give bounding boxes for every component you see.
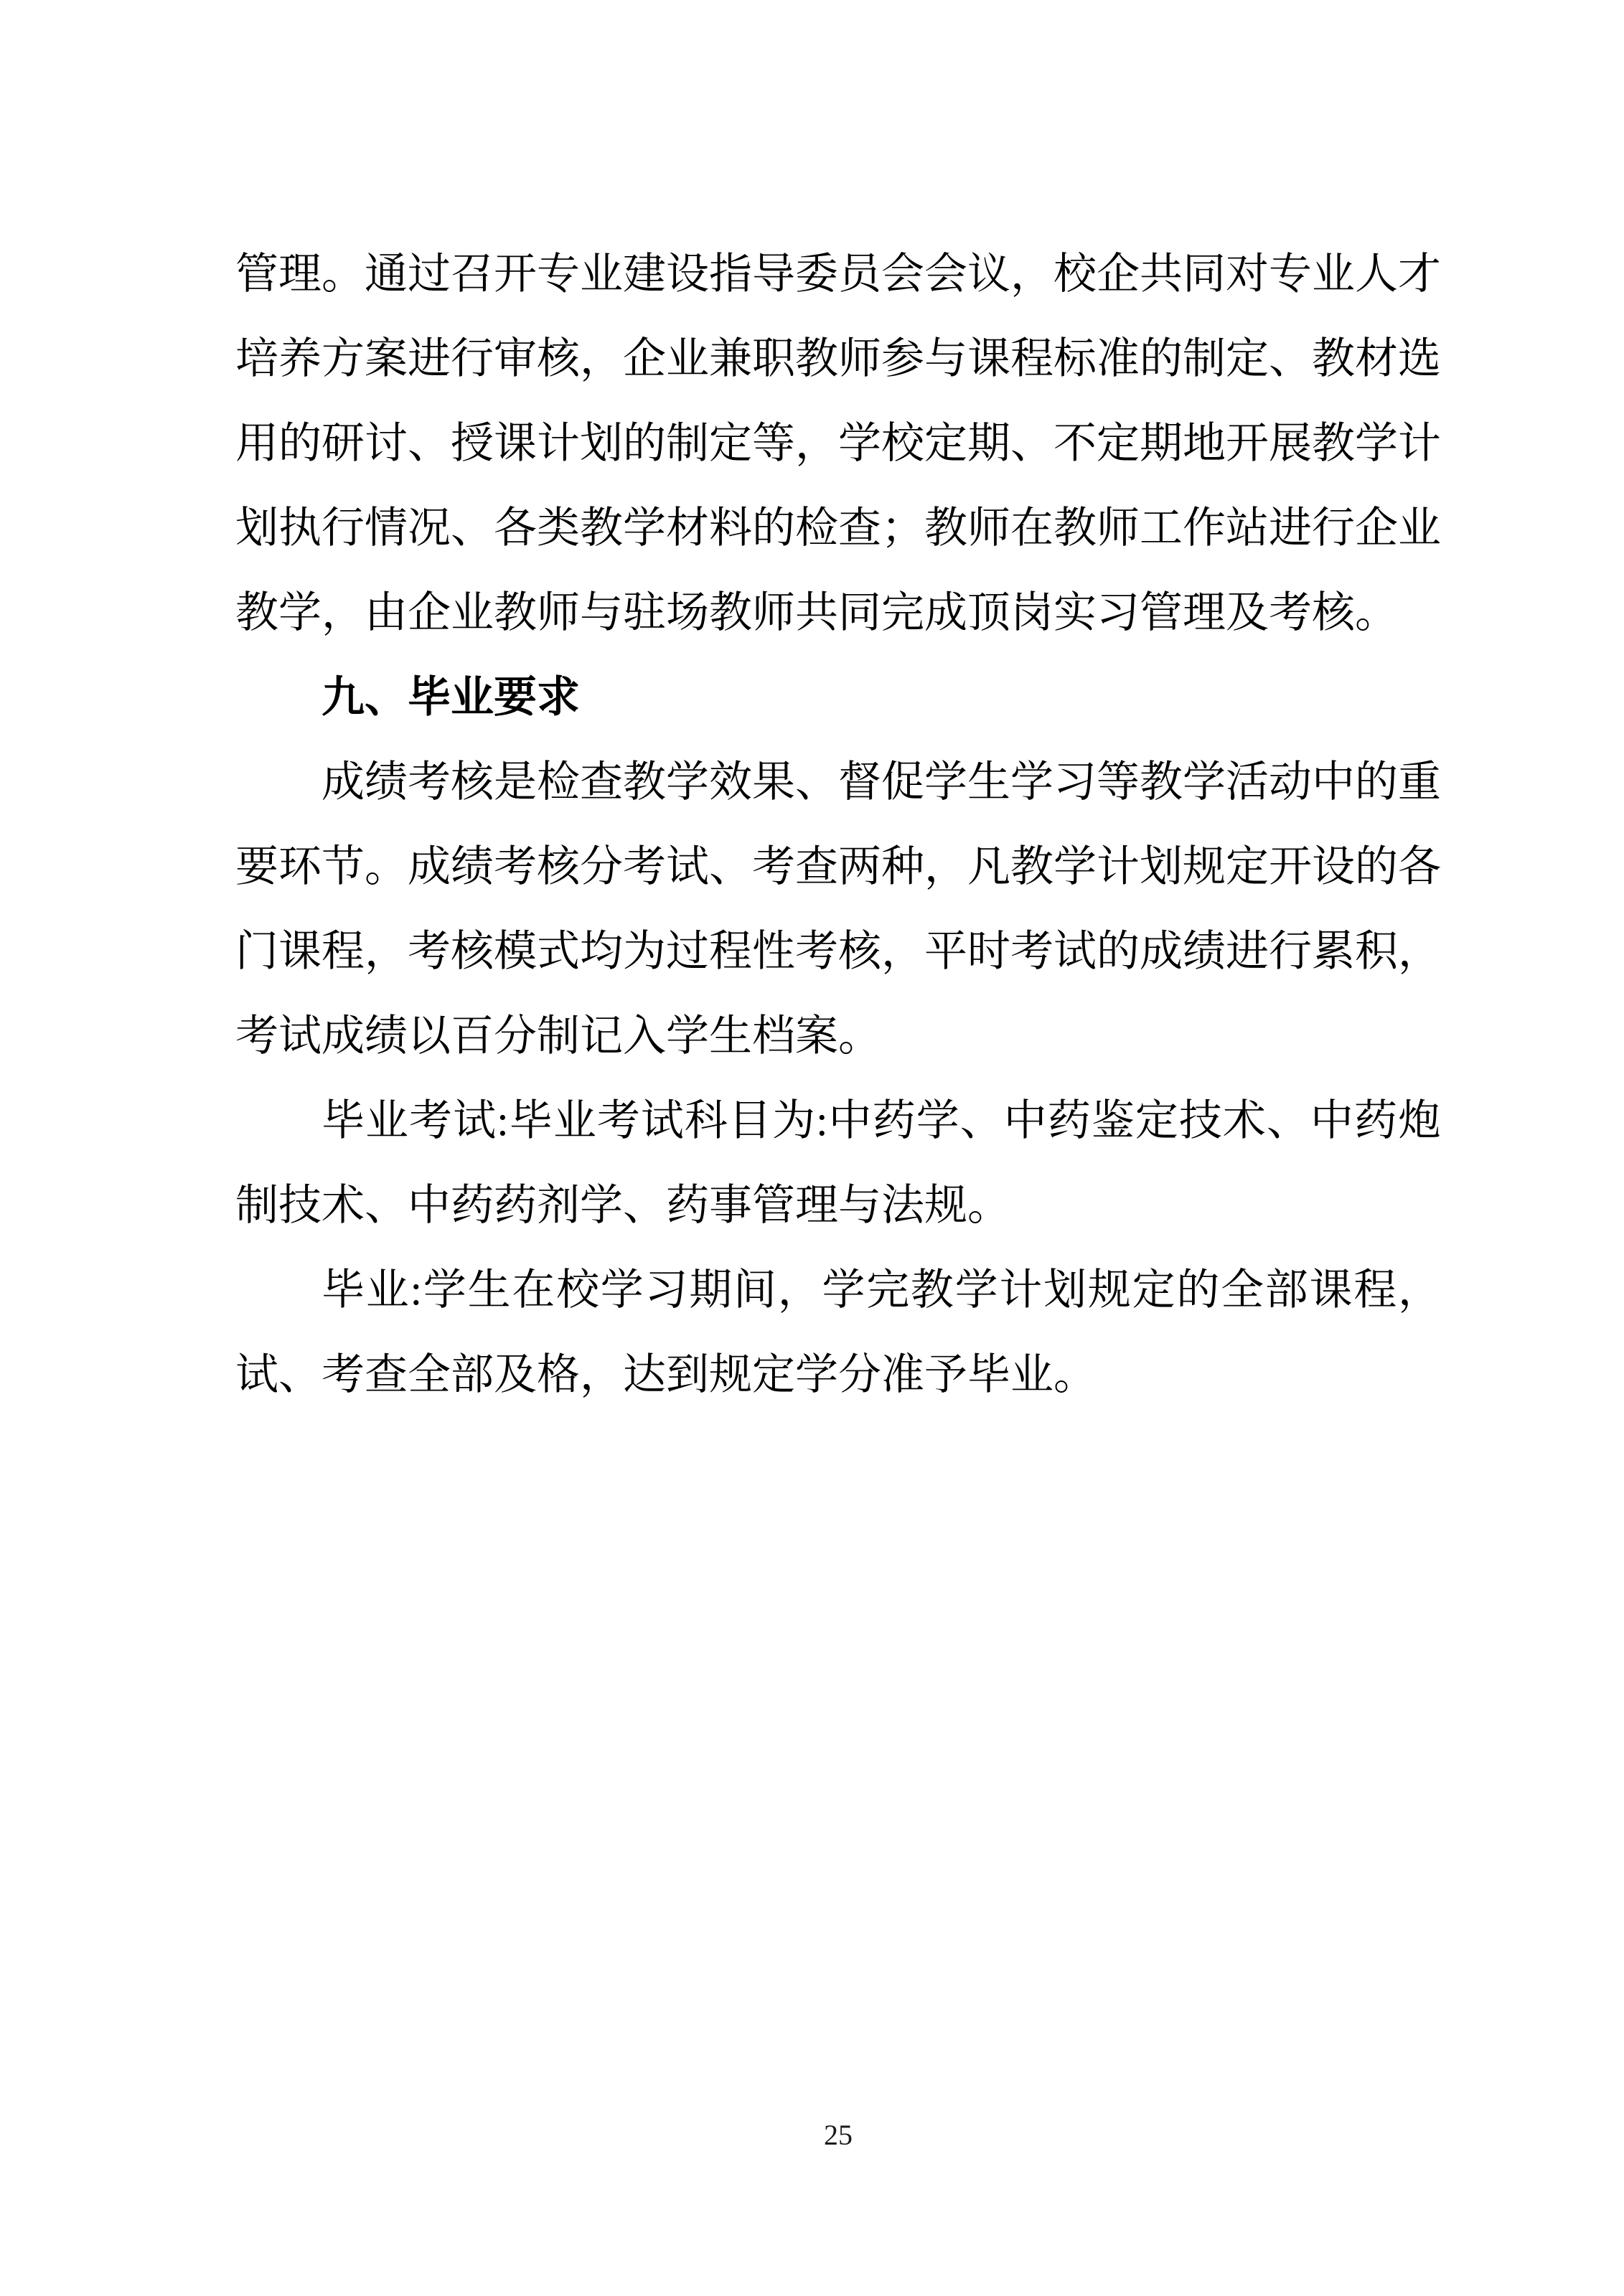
text-line: 门课程，考核模式均为过程性考核，平时考试的成绩进行累积， [235,909,1441,994]
text-line: 考试成绩以百分制记入学生档案。 [235,994,1441,1078]
section-heading: 九、毕业要求 [235,655,1441,740]
page-number: 25 [235,2118,1441,2152]
text-line: 毕业:学生在校学习期间，学完教学计划规定的全部课程，考 [235,1248,1441,1332]
text-line: 毕业考试:毕业考试科目为:中药学、中药鉴定技术、中药炮 [235,1078,1441,1163]
text-line: 用的研讨、授课计划的制定等，学校定期、不定期地开展教学计 [235,401,1441,486]
text-line: 试、考查全部及格，达到规定学分准予毕业。 [235,1332,1441,1417]
text-line: 成绩考核是检查教学效果、督促学生学习等教学活动中的重 [235,740,1441,824]
text-line: 教学，由企业教师与驻场教师共同完成顶岗实习管理及考核。 [235,570,1441,655]
text-line: 培养方案进行审核，企业兼职教师参与课程标准的制定、教材选 [235,316,1441,401]
document-body: 管理。通过召开专业建设指导委员会会议，校企共同对专业人才 培养方案进行审核，企业… [235,232,1441,1417]
text-line: 要环节。成绩考核分考试、考查两种，凡教学计划规定开设的各 [235,824,1441,909]
text-line: 制技术、中药药剂学、药事管理与法规。 [235,1163,1441,1248]
text-line: 管理。通过召开专业建设指导委员会会议，校企共同对专业人才 [235,232,1441,316]
text-line: 划执行情况、各类教学材料的检查；教师在教师工作站进行企业 [235,486,1441,570]
